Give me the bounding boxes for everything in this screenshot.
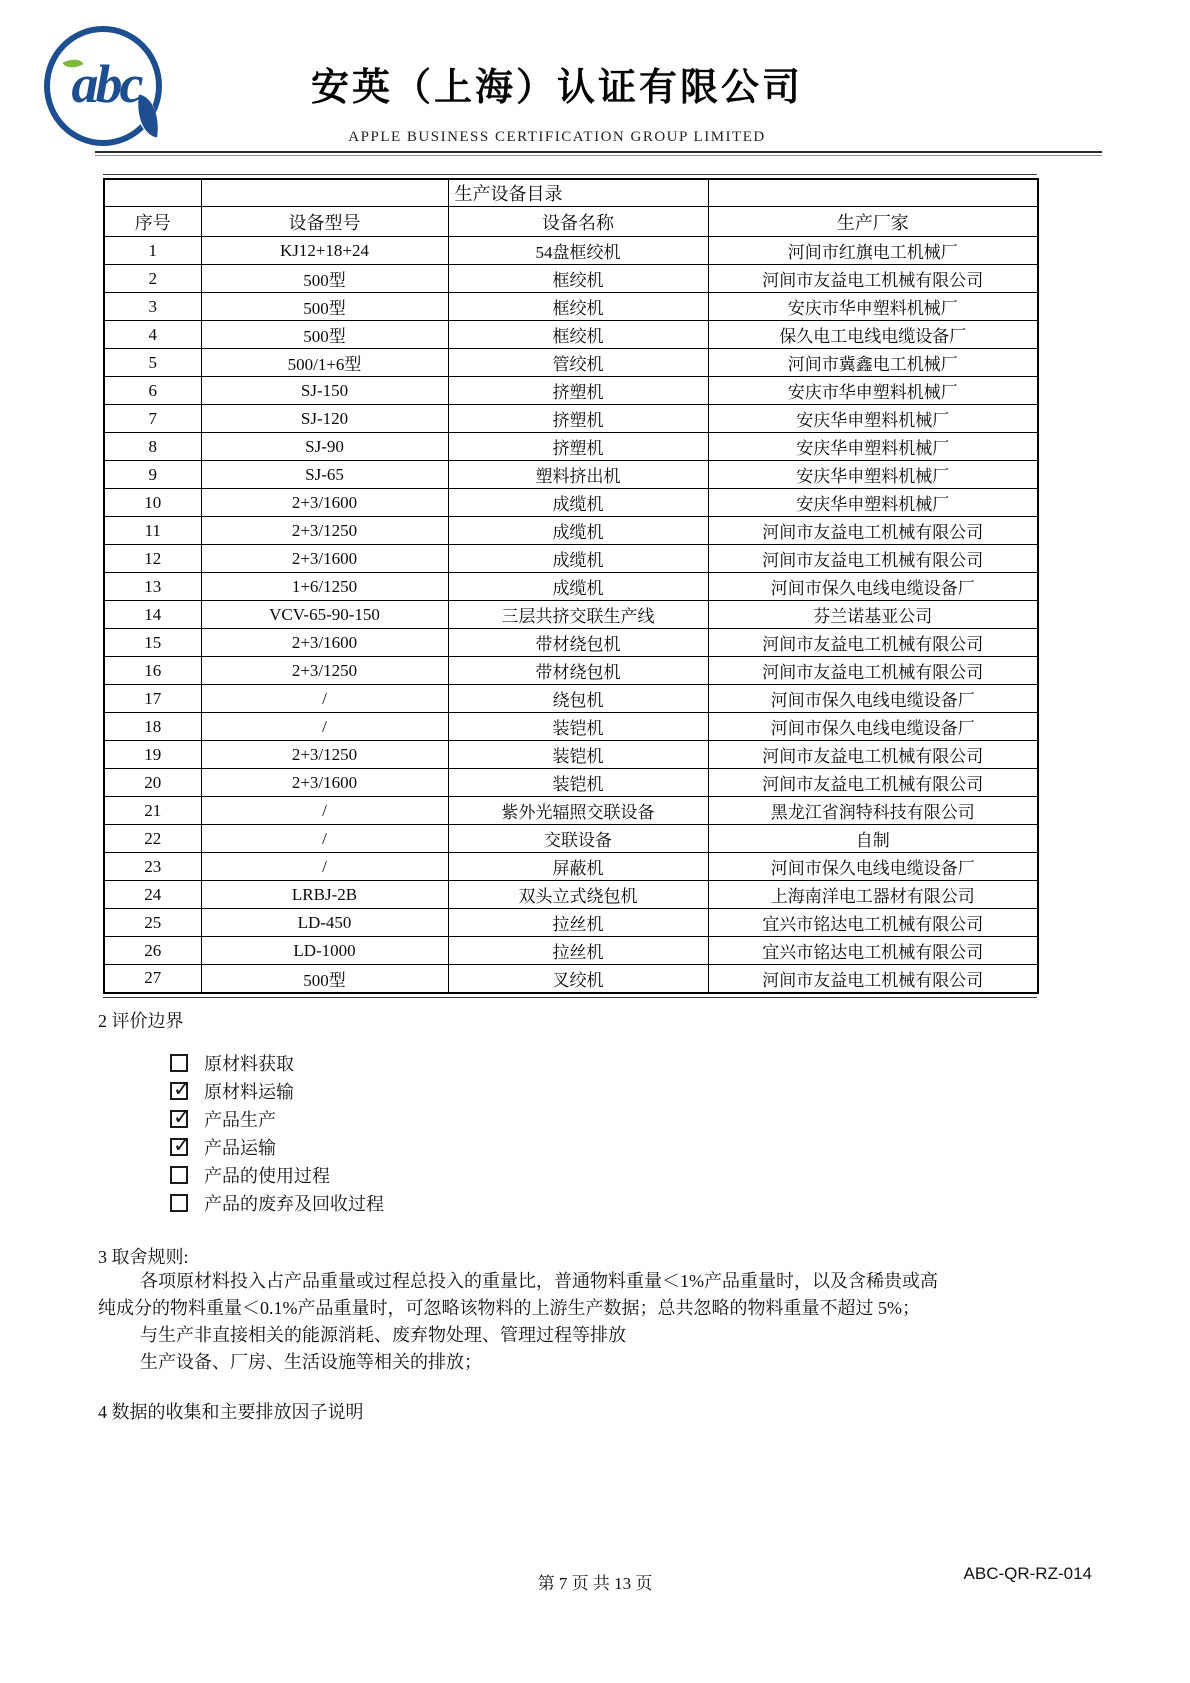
table-row: 27 500型 叉绞机 河间市友益电工机械有限公司 <box>104 965 1038 993</box>
cell-manufacturer: 上海南洋电工器材有限公司 <box>708 881 1038 909</box>
cell-manufacturer: 河间市红旗电工机械厂 <box>708 237 1038 265</box>
document-page: abc 安英（上海）认证有限公司 APPLE BUSINESS CERTIFIC… <box>0 0 1190 1683</box>
rules-paragraph-line: 与生产非直接相关的能源消耗、废弃物处理、管理过程等排放 <box>98 1322 1092 1349</box>
cell-name: 绕包机 <box>448 685 708 713</box>
col-header-model: 设备型号 <box>201 207 448 237</box>
cell-name: 挤塑机 <box>448 433 708 461</box>
cell-index: 10 <box>104 489 201 517</box>
cell-manufacturer: 河间市友益电工机械有限公司 <box>708 965 1038 993</box>
checkbox-item: 产品的使用过程 <box>170 1161 384 1189</box>
cell-name: 带材绕包机 <box>448 629 708 657</box>
checkbox-label: 产品的使用过程 <box>204 1162 330 1188</box>
col-header-name: 设备名称 <box>448 207 708 237</box>
header-divider <box>95 151 1102 156</box>
cell-model: VCV-65-90-150 <box>201 601 448 629</box>
table-row: 9 SJ-65 塑料挤出机 安庆华申塑料机械厂 <box>104 461 1038 489</box>
cell-model: / <box>201 797 448 825</box>
cell-index: 23 <box>104 853 201 881</box>
cell-index: 7 <box>104 405 201 433</box>
checkbox-label: 产品生产 <box>204 1106 276 1132</box>
table-row: 5 500/1+6型 管绞机 河间市冀鑫电工机械厂 <box>104 349 1038 377</box>
cell-name: 装铠机 <box>448 713 708 741</box>
checkbox-item: 产品的废弃及回收过程 <box>170 1189 384 1217</box>
cell-manufacturer: 河间市友益电工机械有限公司 <box>708 545 1038 573</box>
cell-index: 14 <box>104 601 201 629</box>
cell-name: 双头立式绕包机 <box>448 881 708 909</box>
cell-index: 15 <box>104 629 201 657</box>
cell-name: 屏蔽机 <box>448 853 708 881</box>
cell-model: SJ-90 <box>201 433 448 461</box>
cell-model: 1+6/1250 <box>201 573 448 601</box>
cell-manufacturer: 河间市保久电线电缆设备厂 <box>708 713 1038 741</box>
cell-index: 13 <box>104 573 201 601</box>
table-row: 8 SJ-90 挤塑机 安庆华申塑料机械厂 <box>104 433 1038 461</box>
cell-model: / <box>201 685 448 713</box>
cell-model: 500型 <box>201 321 448 349</box>
cell-index: 5 <box>104 349 201 377</box>
table-row: 6 SJ-150 挤塑机 安庆市华申塑料机械厂 <box>104 377 1038 405</box>
cell-model: 2+3/1250 <box>201 657 448 685</box>
checkbox-item: 原材料获取 <box>170 1049 384 1077</box>
checkbox[interactable] <box>170 1194 188 1212</box>
cell-model: LD-450 <box>201 909 448 937</box>
company-name-cn: 安英（上海）认证有限公司 <box>95 56 1019 111</box>
cell-index: 11 <box>104 517 201 545</box>
cell-name: 拉丝机 <box>448 937 708 965</box>
rules-paragraph: 各项原材料投入占产品重量或过程总投入的重量比，普通物料重量＜1%产品重量时，以及… <box>98 1268 1092 1376</box>
cell-manufacturer: 河间市保久电线电缆设备厂 <box>708 685 1038 713</box>
equipment-table-body: 1 KJ12+18+24 54盘框绞机 河间市红旗电工机械厂 2 500型 框绞… <box>104 237 1038 993</box>
rules-paragraph-line: 纯成分的物料重量＜0.1%产品重量时，可忽略该物料的上游生产数据；总共忽略的物料… <box>98 1295 1092 1322</box>
cell-name: 紫外光辐照交联设备 <box>448 797 708 825</box>
cell-name: 装铠机 <box>448 769 708 797</box>
col-header-manufacturer: 生产厂家 <box>708 207 1038 237</box>
cell-index: 9 <box>104 461 201 489</box>
table-row: 2 500型 框绞机 河间市友益电工机械有限公司 <box>104 265 1038 293</box>
cell-manufacturer: 河间市友益电工机械有限公司 <box>708 769 1038 797</box>
cell-manufacturer: 安庆华申塑料机械厂 <box>708 433 1038 461</box>
boundary-checkbox-list: 原材料获取 原材料运输 产品生产 产品运输 产品的使用过程 <box>170 1049 384 1217</box>
table-outer-bottom-line <box>103 997 1037 998</box>
cell-manufacturer: 芬兰诺基亚公司 <box>708 601 1038 629</box>
cell-manufacturer: 河间市友益电工机械有限公司 <box>708 265 1038 293</box>
cell-model: 2+3/1250 <box>201 741 448 769</box>
cell-manufacturer: 安庆市华申塑料机械厂 <box>708 293 1038 321</box>
cell-model: / <box>201 825 448 853</box>
table-row: 10 2+3/1600 成缆机 安庆华申塑料机械厂 <box>104 489 1038 517</box>
cell-name: 管绞机 <box>448 349 708 377</box>
cell-name: 成缆机 <box>448 517 708 545</box>
cell-manufacturer: 自制 <box>708 825 1038 853</box>
cell-name: 三层共挤交联生产线 <box>448 601 708 629</box>
rules-paragraph-line: 生产设备、厂房、生活设施等相关的排放； <box>98 1349 1092 1376</box>
checkbox[interactable] <box>170 1082 188 1100</box>
cell-manufacturer: 安庆华申塑料机械厂 <box>708 461 1038 489</box>
table-row: 4 500型 框绞机 保久电工电线电缆设备厂 <box>104 321 1038 349</box>
company-name-en: APPLE BUSINESS CERTIFICATION GROUP LIMIT… <box>95 129 1019 146</box>
section2-heading: 2 评价边界 <box>98 1007 184 1033</box>
cell-model: / <box>201 853 448 881</box>
cell-index: 26 <box>104 937 201 965</box>
table-outer-top-line <box>103 174 1037 175</box>
cell-manufacturer: 河间市保久电线电缆设备厂 <box>708 573 1038 601</box>
table-row: 21 / 紫外光辐照交联设备 黑龙江省润特科技有限公司 <box>104 797 1038 825</box>
table-row: 20 2+3/1600 装铠机 河间市友益电工机械有限公司 <box>104 769 1038 797</box>
table-row: 18 / 装铠机 河间市保久电线电缆设备厂 <box>104 713 1038 741</box>
checkbox-label: 原材料运输 <box>204 1078 294 1104</box>
cell-index: 8 <box>104 433 201 461</box>
cell-model: SJ-120 <box>201 405 448 433</box>
cell-name: 成缆机 <box>448 573 708 601</box>
checkbox-item: 产品运输 <box>170 1133 384 1161</box>
cell-index: 3 <box>104 293 201 321</box>
cell-model: 500/1+6型 <box>201 349 448 377</box>
cell-model: 500型 <box>201 265 448 293</box>
cell-index: 22 <box>104 825 201 853</box>
table-row: 22 / 交联设备 自制 <box>104 825 1038 853</box>
cell-manufacturer: 河间市友益电工机械有限公司 <box>708 741 1038 769</box>
cell-index: 24 <box>104 881 201 909</box>
table-row: 1 KJ12+18+24 54盘框绞机 河间市红旗电工机械厂 <box>104 237 1038 265</box>
cell-manufacturer: 河间市友益电工机械有限公司 <box>708 629 1038 657</box>
cell-model: / <box>201 713 448 741</box>
cell-manufacturer: 河间市保久电线电缆设备厂 <box>708 853 1038 881</box>
table-row: 26 LD-1000 拉丝机 宜兴市铭达电工机械有限公司 <box>104 937 1038 965</box>
col-header-index: 序号 <box>104 207 201 237</box>
table-row: 7 SJ-120 挤塑机 安庆华申塑料机械厂 <box>104 405 1038 433</box>
cell-name: 成缆机 <box>448 489 708 517</box>
cell-name: 挤塑机 <box>448 405 708 433</box>
table-row: 19 2+3/1250 装铠机 河间市友益电工机械有限公司 <box>104 741 1038 769</box>
table-row: 15 2+3/1600 带材绕包机 河间市友益电工机械有限公司 <box>104 629 1038 657</box>
cell-manufacturer: 安庆华申塑料机械厂 <box>708 405 1038 433</box>
cell-index: 12 <box>104 545 201 573</box>
cell-manufacturer: 安庆市华申塑料机械厂 <box>708 377 1038 405</box>
cell-model: LRBJ-2B <box>201 881 448 909</box>
cell-index: 27 <box>104 965 201 993</box>
checkbox-label: 产品运输 <box>204 1134 276 1160</box>
cell-model: 500型 <box>201 965 448 993</box>
checkbox-item: 原材料运输 <box>170 1077 384 1105</box>
cell-model: 2+3/1600 <box>201 489 448 517</box>
checkbox[interactable] <box>170 1054 188 1072</box>
table-row: 11 2+3/1250 成缆机 河间市友益电工机械有限公司 <box>104 517 1038 545</box>
cell-manufacturer: 保久电工电线电缆设备厂 <box>708 321 1038 349</box>
cell-manufacturer: 黑龙江省润特科技有限公司 <box>708 797 1038 825</box>
equipment-table-wrap: 生产设备目录 序号 设备型号 设备名称 生产厂家 1 KJ12+18+24 54… <box>103 174 1037 998</box>
section3-heading: 3 取舍规则: <box>98 1243 189 1269</box>
checkbox[interactable] <box>170 1110 188 1128</box>
table-title: 生产设备目录 <box>448 179 708 207</box>
cell-index: 17 <box>104 685 201 713</box>
cell-model: SJ-65 <box>201 461 448 489</box>
cell-model: 2+3/1250 <box>201 517 448 545</box>
cell-name: 框绞机 <box>448 321 708 349</box>
cell-index: 1 <box>104 237 201 265</box>
checkbox[interactable] <box>170 1166 188 1184</box>
cell-name: 挤塑机 <box>448 377 708 405</box>
cell-name: 成缆机 <box>448 545 708 573</box>
cell-name: 框绞机 <box>448 293 708 321</box>
cell-name: 交联设备 <box>448 825 708 853</box>
cell-index: 2 <box>104 265 201 293</box>
cell-manufacturer: 河间市友益电工机械有限公司 <box>708 517 1038 545</box>
cell-index: 18 <box>104 713 201 741</box>
checkbox[interactable] <box>170 1138 188 1156</box>
document-code: ABC-QR-RZ-014 <box>964 1564 1092 1584</box>
cell-model: 2+3/1600 <box>201 629 448 657</box>
cell-manufacturer: 宜兴市铭达电工机械有限公司 <box>708 909 1038 937</box>
cell-name: 拉丝机 <box>448 909 708 937</box>
cell-index: 20 <box>104 769 201 797</box>
cell-manufacturer: 安庆华申塑料机械厂 <box>708 489 1038 517</box>
cell-name: 框绞机 <box>448 265 708 293</box>
cell-model: 2+3/1600 <box>201 769 448 797</box>
cell-name: 塑料挤出机 <box>448 461 708 489</box>
cell-index: 21 <box>104 797 201 825</box>
cell-manufacturer: 河间市友益电工机械有限公司 <box>708 657 1038 685</box>
cell-index: 4 <box>104 321 201 349</box>
table-header-row: 序号 设备型号 设备名称 生产厂家 <box>104 207 1038 237</box>
checkbox-label: 原材料获取 <box>204 1050 294 1076</box>
rules-paragraph-line: 各项原材料投入占产品重量或过程总投入的重量比，普通物料重量＜1%产品重量时，以及… <box>98 1268 1092 1295</box>
cell-model: SJ-150 <box>201 377 448 405</box>
cell-model: 500型 <box>201 293 448 321</box>
cell-model: LD-1000 <box>201 937 448 965</box>
cell-name: 带材绕包机 <box>448 657 708 685</box>
cell-name: 装铠机 <box>448 741 708 769</box>
table-row: 14 VCV-65-90-150 三层共挤交联生产线 芬兰诺基亚公司 <box>104 601 1038 629</box>
table-row: 24 LRBJ-2B 双头立式绕包机 上海南洋电工器材有限公司 <box>104 881 1038 909</box>
table-row: 12 2+3/1600 成缆机 河间市友益电工机械有限公司 <box>104 545 1038 573</box>
cell-index: 19 <box>104 741 201 769</box>
table-row: 25 LD-450 拉丝机 宜兴市铭达电工机械有限公司 <box>104 909 1038 937</box>
cell-name: 叉绞机 <box>448 965 708 993</box>
checkbox-item: 产品生产 <box>170 1105 384 1133</box>
table-title-row: 生产设备目录 <box>104 179 1038 207</box>
table-row: 23 / 屏蔽机 河间市保久电线电缆设备厂 <box>104 853 1038 881</box>
table-row: 16 2+3/1250 带材绕包机 河间市友益电工机械有限公司 <box>104 657 1038 685</box>
cell-manufacturer: 河间市冀鑫电工机械厂 <box>708 349 1038 377</box>
table-row: 17 / 绕包机 河间市保久电线电缆设备厂 <box>104 685 1038 713</box>
cell-model: 2+3/1600 <box>201 545 448 573</box>
cell-model: KJ12+18+24 <box>201 237 448 265</box>
cell-manufacturer: 宜兴市铭达电工机械有限公司 <box>708 937 1038 965</box>
table-row: 3 500型 框绞机 安庆市华申塑料机械厂 <box>104 293 1038 321</box>
table-row: 13 1+6/1250 成缆机 河间市保久电线电缆设备厂 <box>104 573 1038 601</box>
checkbox-label: 产品的废弃及回收过程 <box>204 1190 384 1216</box>
cell-index: 25 <box>104 909 201 937</box>
cell-index: 6 <box>104 377 201 405</box>
equipment-table: 生产设备目录 序号 设备型号 设备名称 生产厂家 1 KJ12+18+24 54… <box>103 178 1039 994</box>
cell-name: 54盘框绞机 <box>448 237 708 265</box>
cell-index: 16 <box>104 657 201 685</box>
section4-heading: 4 数据的收集和主要排放因子说明 <box>98 1398 364 1424</box>
